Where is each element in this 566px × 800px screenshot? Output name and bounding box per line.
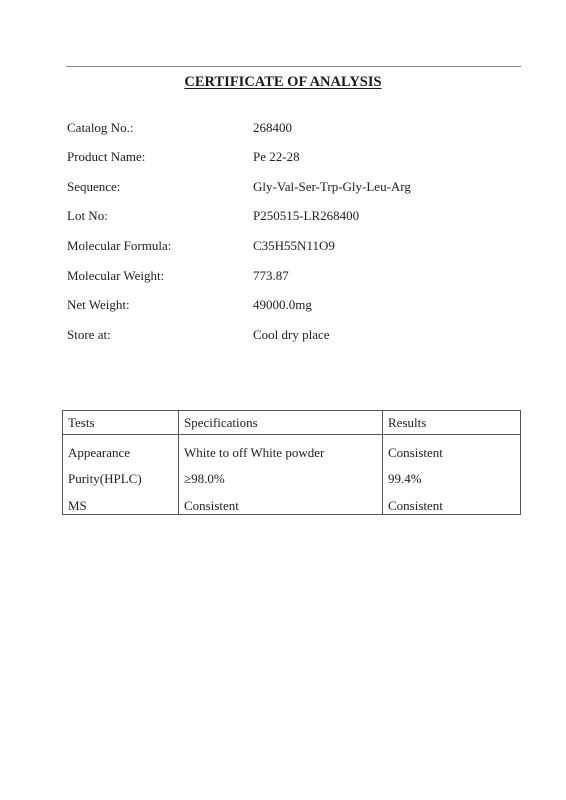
field-value: Pe 22-28 bbox=[253, 148, 300, 166]
field-label: Molecular Formula: bbox=[67, 237, 171, 255]
cell-specification: White to off White powder bbox=[184, 444, 324, 462]
field-value: 268400 bbox=[253, 119, 292, 137]
field-label: Molecular Weight: bbox=[67, 267, 164, 285]
field-value: P250515-LR268400 bbox=[253, 207, 359, 225]
cell-result: 99.4% bbox=[388, 470, 422, 488]
cell-specification: ≥98.0% bbox=[184, 470, 225, 488]
field-label: Sequence: bbox=[67, 178, 120, 196]
header-tests: Tests bbox=[68, 414, 95, 432]
cell-test: Appearance bbox=[68, 444, 130, 462]
field-lot-no: Lot No: P250515-LR268400 bbox=[67, 207, 527, 225]
field-value: Cool dry place bbox=[253, 326, 330, 344]
cell-test: MS bbox=[68, 497, 87, 515]
cell-test: Purity(HPLC) bbox=[68, 470, 142, 488]
header-results: Results bbox=[388, 414, 426, 432]
header-specifications: Specifications bbox=[184, 414, 258, 432]
field-label: Net Weight: bbox=[67, 296, 130, 314]
header-divider bbox=[63, 434, 520, 435]
field-catalog-no: Catalog No.: 268400 bbox=[67, 119, 527, 137]
field-sequence: Sequence: Gly-Val-Ser-Trp-Gly-Leu-Arg bbox=[67, 178, 527, 196]
column-divider bbox=[178, 411, 179, 514]
column-divider bbox=[382, 411, 383, 514]
cell-specification: Consistent bbox=[184, 497, 239, 515]
field-value: 773.87 bbox=[253, 267, 289, 285]
test-results-table: Tests Specifications Results Appearance … bbox=[62, 410, 521, 515]
field-molecular-formula: Molecular Formula: C35H55N11O9 bbox=[67, 237, 527, 255]
field-label: Product Name: bbox=[67, 148, 145, 166]
cell-result: Consistent bbox=[388, 497, 443, 515]
field-molecular-weight: Molecular Weight: 773.87 bbox=[67, 267, 527, 285]
field-net-weight: Net Weight: 49000.0mg bbox=[67, 296, 527, 314]
document-title: CERTIFICATE OF ANALYSIS bbox=[0, 74, 566, 91]
field-label: Lot No: bbox=[67, 207, 108, 225]
cell-result: Consistent bbox=[388, 444, 443, 462]
field-store-at: Store at: Cool dry place bbox=[67, 326, 527, 344]
field-value: 49000.0mg bbox=[253, 296, 312, 314]
field-value: Gly-Val-Ser-Trp-Gly-Leu-Arg bbox=[253, 178, 411, 196]
field-label: Store at: bbox=[67, 326, 111, 344]
top-divider bbox=[66, 66, 521, 67]
field-label: Catalog No.: bbox=[67, 119, 133, 137]
field-product-name: Product Name: Pe 22-28 bbox=[67, 148, 527, 166]
field-value: C35H55N11O9 bbox=[253, 237, 335, 255]
